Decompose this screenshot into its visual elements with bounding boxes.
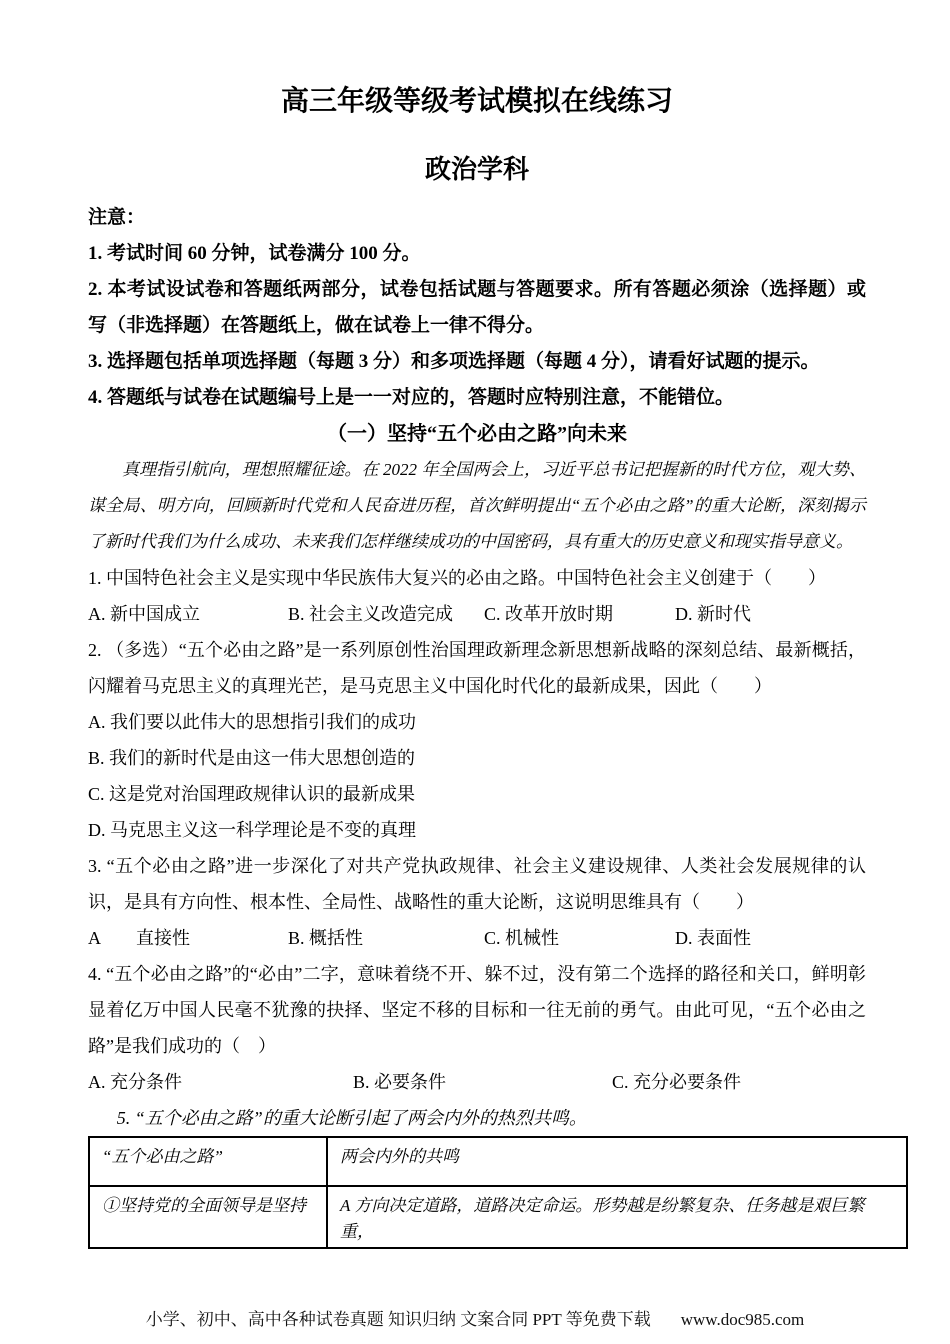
question-4-options: A. 充分条件 B. 必要条件 C. 充分必要条件 bbox=[88, 1064, 866, 1100]
question-3-options: A 直接性 B. 概括性 C. 机械性 D. 表面性 bbox=[88, 920, 866, 956]
notice-section: 注意： 1. 考试时间 60 分钟，试卷满分 100 分。 2. 本考试设试卷和… bbox=[88, 200, 866, 416]
table-row: “五个必由之路” 两会内外的共鸣 bbox=[89, 1137, 907, 1186]
option-b: B. 我们的新时代是由这一伟大思想创造的 bbox=[88, 740, 866, 776]
option-c: C. 改革开放时期 bbox=[484, 596, 675, 632]
option-c: C. 机械性 bbox=[484, 920, 675, 956]
notice-item-4: 4. 答题纸与试卷在试题编号上是一一对应的，答题时应特别注意，不能错位。 bbox=[88, 380, 866, 416]
option-a: A. 充分条件 bbox=[88, 1064, 353, 1100]
table-cell-header: 两会内外的共鸣 bbox=[327, 1137, 907, 1186]
question-4: 4. “五个必由之路”的“必由”二字，意味着绕不开、躲不过，没有第二个选择的路径… bbox=[88, 956, 866, 1100]
question-2-stem: 2. （多选）“五个必由之路”是一系列原创性治国理政新理念新思想新战略的深刻总结… bbox=[88, 632, 866, 704]
table-cell-item: ①坚持党的全面领导是坚持 bbox=[89, 1186, 327, 1248]
notice-label: 注意： bbox=[88, 200, 866, 236]
intro-paragraph: 真理指引航向，理想照耀征途。在 2022 年全国两会上，习近平总书记把握新的时代… bbox=[88, 452, 866, 560]
notice-item-3: 3. 选择题包括单项选择题（每题 3 分）和多项选择题（每题 4 分），请看好试… bbox=[88, 344, 866, 380]
question-1-stem: 1. 中国特色社会主义是实现中华民族伟大复兴的必由之路。中国特色社会主义创建于（… bbox=[88, 560, 866, 596]
table-row: ①坚持党的全面领导是坚持 A 方向决定道路，道路决定命运。形势越是纷繁复杂、任务… bbox=[89, 1186, 907, 1248]
option-d: D. 新时代 bbox=[675, 596, 751, 632]
exam-table: “五个必由之路” 两会内外的共鸣 ①坚持党的全面领导是坚持 A 方向决定道路，道… bbox=[88, 1136, 908, 1249]
notice-item-2: 2. 本考试设试卷和答题纸两部分，试卷包括试题与答题要求。所有答题必须涂（选择题… bbox=[88, 272, 866, 344]
option-a: A. 我们要以此伟大的思想指引我们的成功 bbox=[88, 704, 866, 740]
option-c: C. 这是党对治国理政规律认识的最新成果 bbox=[88, 776, 866, 812]
table-cell-topic: “五个必由之路” bbox=[89, 1137, 327, 1186]
option-b: B. 社会主义改造完成 bbox=[288, 596, 484, 632]
page-content: 高三年级等级考试模拟在线练习 政治学科 注意： 1. 考试时间 60 分钟，试卷… bbox=[0, 0, 950, 1249]
option-a: A 直接性 bbox=[88, 920, 288, 956]
option-a: A. 新中国成立 bbox=[88, 596, 288, 632]
question-1-options: A. 新中国成立 B. 社会主义改造完成 C. 改革开放时期 D. 新时代 bbox=[88, 596, 866, 632]
question-3: 3. “五个必由之路”进一步深化了对共产党执政规律、社会主义建设规律、人类社会发… bbox=[88, 848, 866, 956]
question-3-stem: 3. “五个必由之路”进一步深化了对共产党执政规律、社会主义建设规律、人类社会发… bbox=[88, 848, 866, 920]
option-d: D. 表面性 bbox=[675, 920, 751, 956]
question-4-stem: 4. “五个必由之路”的“必由”二字，意味着绕不开、躲不过，没有第二个选择的路径… bbox=[88, 956, 866, 1064]
question-2: 2. （多选）“五个必由之路”是一系列原创性治国理政新理念新思想新战略的深刻总结… bbox=[88, 632, 866, 848]
page-footer: 小学、初中、高中各种试卷真题 知识归纳 文案合同 PPT 等免费下载www.do… bbox=[0, 1308, 950, 1332]
question-1: 1. 中国特色社会主义是实现中华民族伟大复兴的必由之路。中国特色社会主义创建于（… bbox=[88, 560, 866, 632]
doc-title: 高三年级等级考试模拟在线练习 bbox=[88, 84, 866, 120]
notice-item-1: 1. 考试时间 60 分钟，试卷满分 100 分。 bbox=[88, 236, 866, 272]
section-heading: （一）坚持“五个必由之路”向未来 bbox=[88, 416, 866, 452]
option-b: B. 必要条件 bbox=[353, 1064, 612, 1100]
exam-page: 高三年级等级考试模拟在线练习 政治学科 注意： 1. 考试时间 60 分钟，试卷… bbox=[0, 0, 950, 1344]
table-cell-detail: A 方向决定道路，道路决定命运。形势越是纷繁复杂、任务越是艰巨繁重， bbox=[327, 1186, 907, 1248]
doc-subject: 政治学科 bbox=[88, 152, 866, 188]
question-5-stem: 5. “五个必由之路”的重大论断引起了两会内外的热烈共鸣。 bbox=[88, 1100, 866, 1136]
footer-text: 小学、初中、高中各种试卷真题 知识归纳 文案合同 PPT 等免费下载 bbox=[146, 1310, 651, 1329]
option-d: D. 马克思主义这一科学理论是不变的真理 bbox=[88, 812, 866, 848]
footer-url: www.doc985.com bbox=[681, 1310, 805, 1329]
option-b: B. 概括性 bbox=[288, 920, 484, 956]
option-c: C. 充分必要条件 bbox=[612, 1064, 741, 1100]
